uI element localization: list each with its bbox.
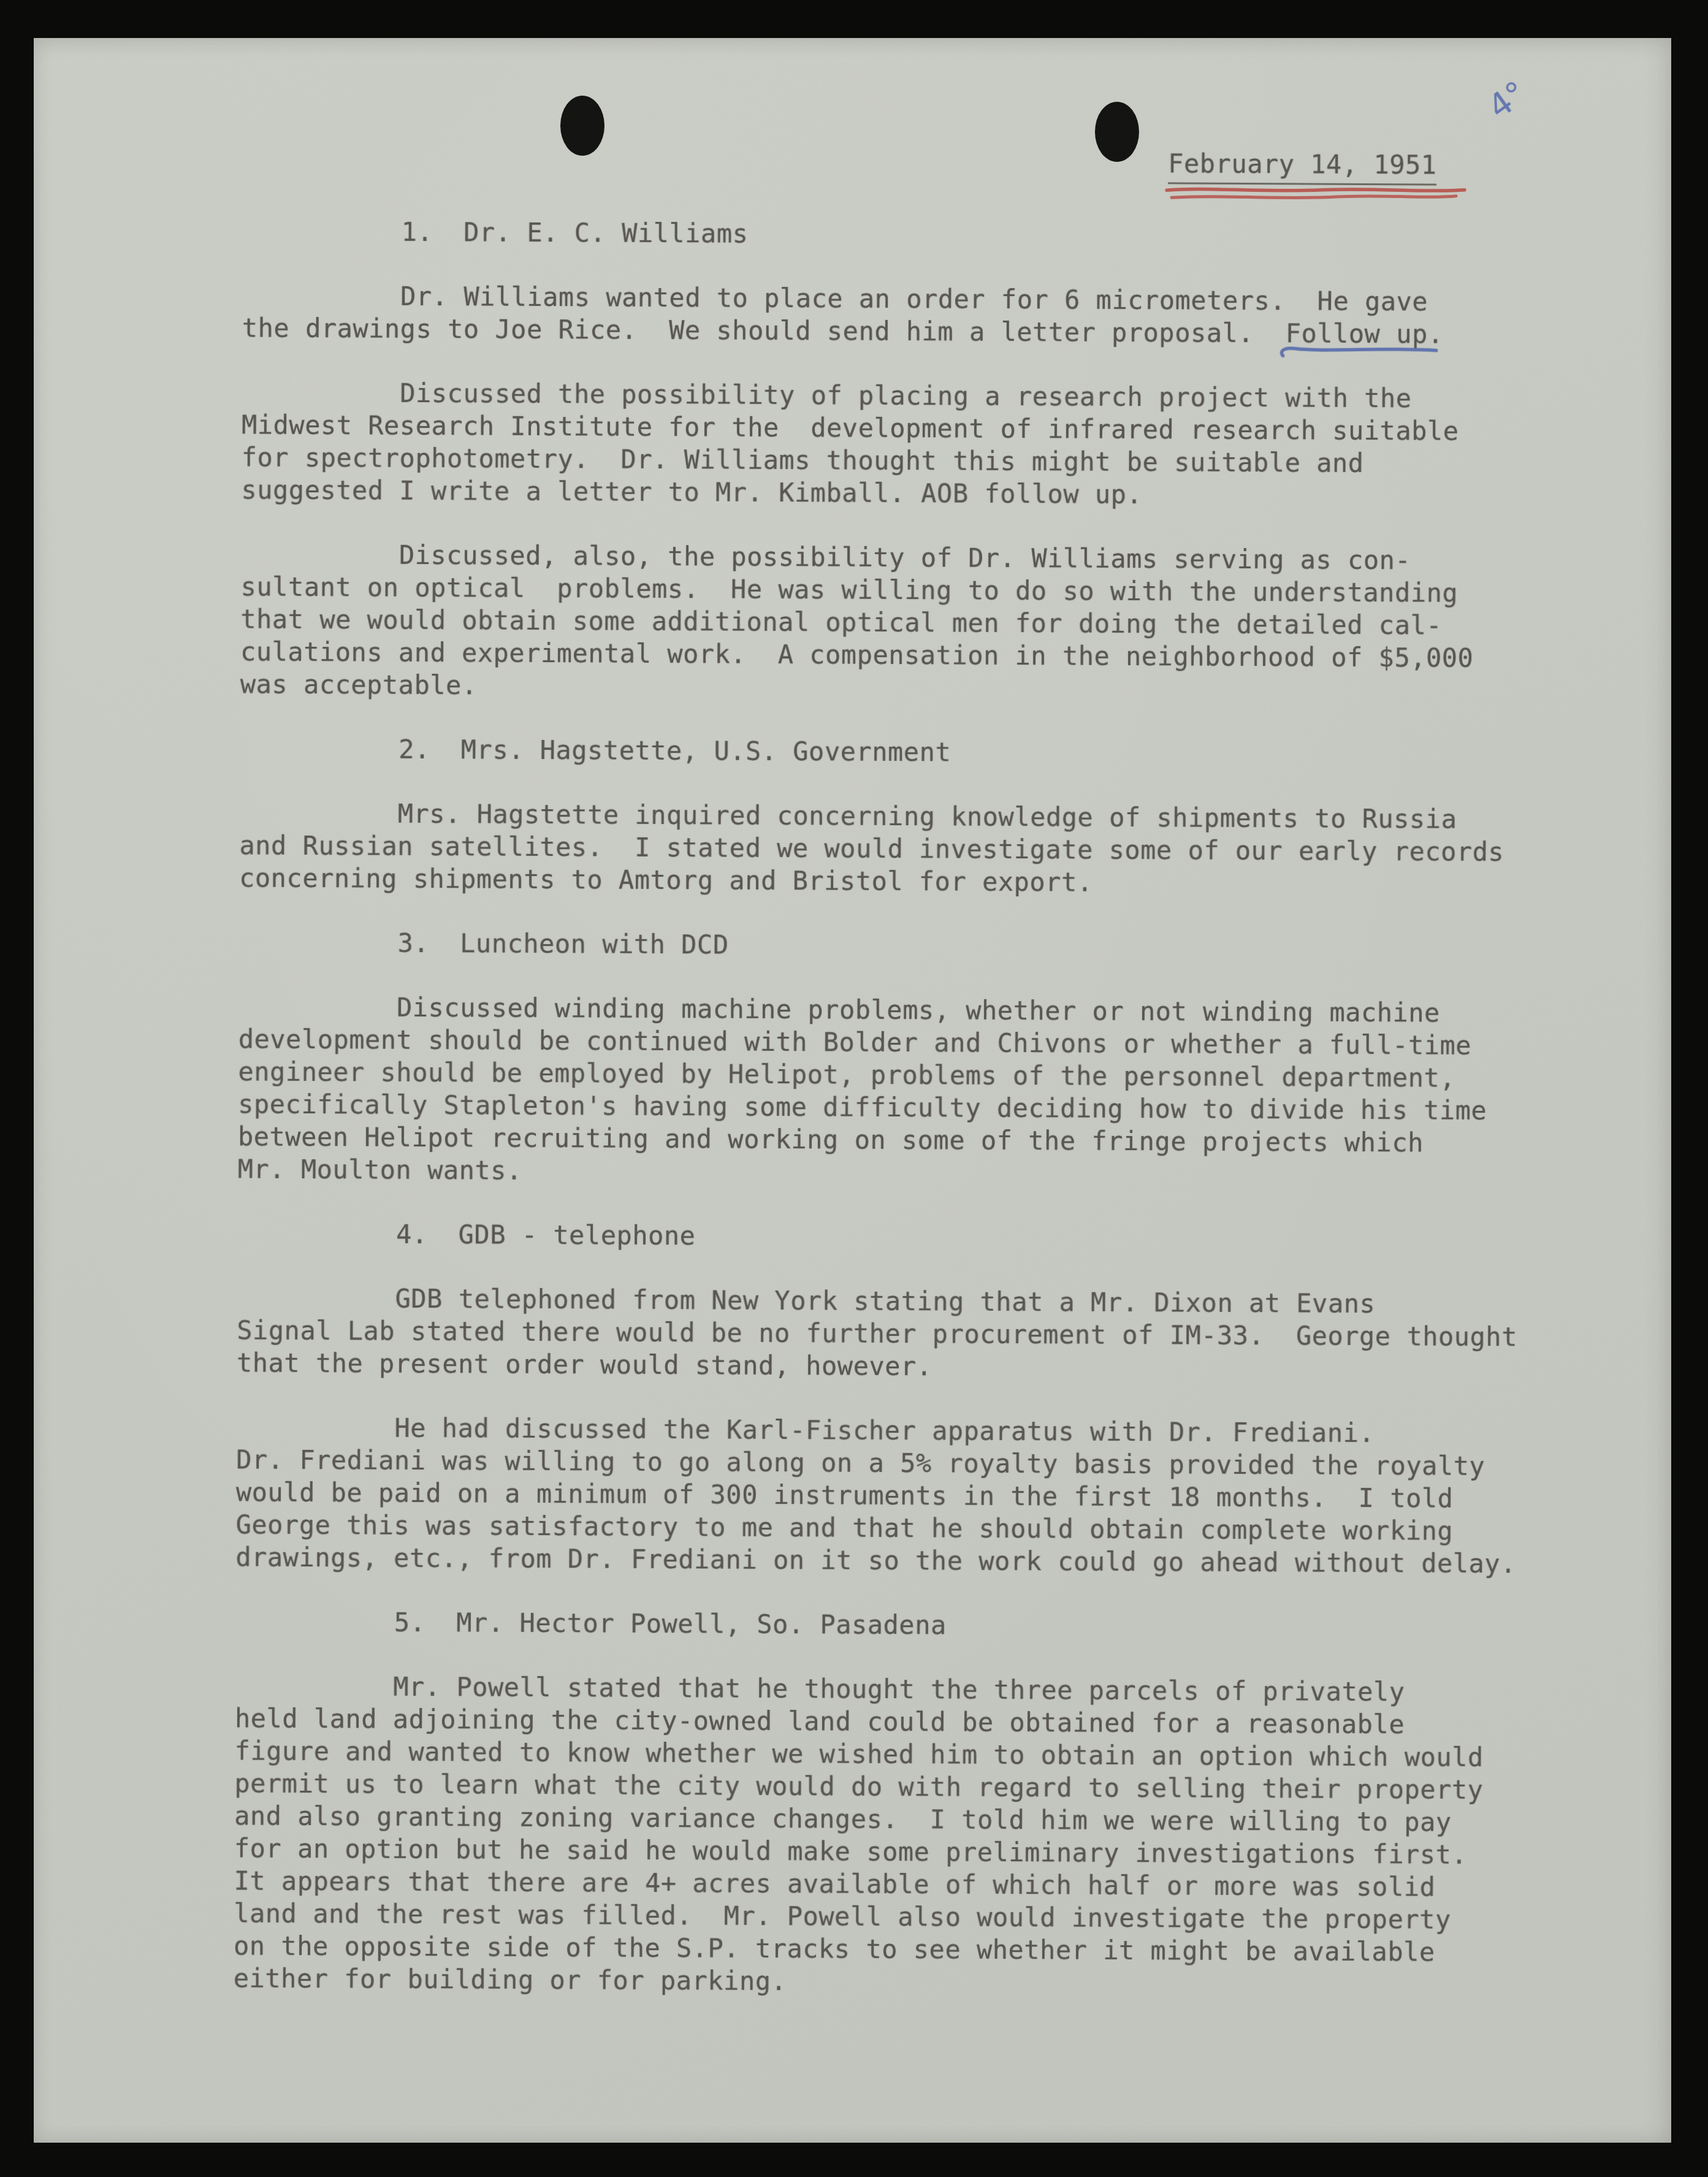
section-number: 3. [398, 928, 430, 958]
section-title: Luncheon with DCD [460, 928, 729, 959]
section-heading: 3.Luncheon with DCD [239, 926, 1527, 965]
section-title: Dr. E. C. Williams [463, 217, 748, 248]
scan-background: { "document": { "handwritten_note": "4°"… [0, 0, 1708, 2177]
follow-up-text: Follow up. [1286, 318, 1444, 349]
paragraph: Discussed the possibility of placing a r… [241, 376, 1529, 513]
date-block: February 14, 1951 [1168, 147, 1437, 185]
paragraph: GDB telephoned from New York stating tha… [237, 1281, 1525, 1386]
section-heading: 2.Mrs. Hagstette, U.S. Government [240, 732, 1527, 771]
paragraph: Discussed, also, the possibility of Dr. … [240, 538, 1528, 707]
section-heading: 1.Dr. E. C. Williams [243, 215, 1530, 254]
section-title: Mr. Hector Powell, So. Pasadena [456, 1607, 947, 1640]
section-number: 1. [402, 217, 433, 247]
section-heading: 4.GDB - telephone [237, 1217, 1525, 1256]
handwritten-note: 4° [1481, 73, 1534, 126]
paragraph-text: Dr. Williams wanted to place an order fo… [242, 281, 1428, 349]
section-title: Mrs. Hagstette, U.S. Government [461, 734, 951, 767]
paragraph: He had discussed the Karl-Fischer appara… [235, 1411, 1523, 1580]
section-title: GDB - telephone [459, 1219, 696, 1251]
date-red-underline [1163, 185, 1470, 205]
paragraph: Mrs. Hagstette inquired concerning knowl… [239, 796, 1527, 901]
memo-body: 1.Dr. E. C. Williams Dr. Williams wanted… [233, 215, 1530, 2033]
follow-up-note: Follow up. [1286, 318, 1444, 349]
section-heading: 5.Mr. Hector Powell, So. Pasadena [235, 1605, 1523, 1644]
paragraph: Dr. Williams wanted to place an order fo… [242, 279, 1530, 351]
section-number: 2. [398, 734, 430, 764]
paragraph: Discussed winding machine problems, whet… [238, 990, 1527, 1192]
section-number: 4. [396, 1219, 428, 1249]
date: February 14, 1951 [1168, 147, 1437, 185]
section-number: 5. [394, 1607, 426, 1638]
memo-page: 4° February 14, 1951 1.Dr. E. C. William… [34, 38, 1671, 2143]
paragraph: Mr. Powell stated that he thought the th… [234, 1669, 1523, 2001]
